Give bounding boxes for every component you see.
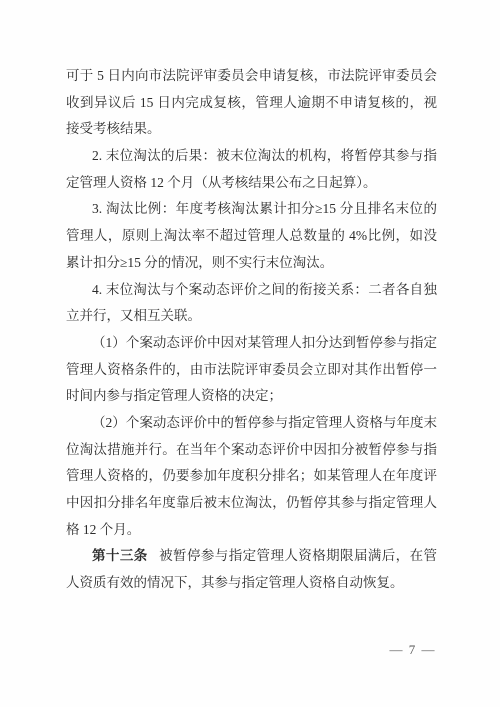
text-line: 2. 末位淘汰的后果：被末位淘汰的机构，将暂停其参与指 bbox=[66, 143, 437, 170]
text-line: 可于 5 日内向市法院评审委员会申请复核，市法院评审委员会在 bbox=[66, 63, 437, 90]
text-line: 管理人资格的，仍要参加年度积分排名；如某管理人在年度评价 bbox=[66, 463, 437, 490]
text-line: 管理人资格条件的，由市法院评审委员会立即对其作出暂停一段 bbox=[66, 357, 437, 384]
text-line: 4. 末位淘汰与个案动态评价之间的衔接关系：二者各自独 bbox=[66, 277, 437, 304]
text-line: 立并行，又相互关联。 bbox=[66, 303, 437, 330]
text-line: 人资质有效的情况下，其参与指定管理人资格自动恢复。 bbox=[66, 570, 437, 597]
text-line: 格 12 个月。 bbox=[66, 517, 437, 544]
text-line: 定管理人资格 12 个月（从考核结果公布之日起算）。 bbox=[66, 170, 437, 197]
text-line: 3. 淘汰比例：年度考核淘汰累计扣分≥15 分且排名末位的 bbox=[66, 196, 437, 223]
text-line: 第十三条被暂停参与指定管理人资格期限届满后，在管理 bbox=[66, 543, 437, 570]
text-line: （2）个案动态评价中的暂停参与指定管理人资格与年度末 bbox=[66, 410, 437, 437]
text-line: （1）个案动态评价中因对某管理人扣分达到暂停参与指定 bbox=[66, 330, 437, 357]
article-number-bold: 第十三条 bbox=[92, 548, 148, 563]
page-number: — 7 — bbox=[390, 642, 437, 658]
text-line: 中因扣分排名年度靠后被末位淘汰，仍暂停其参与指定管理人资 bbox=[66, 490, 437, 517]
document-body-text: 可于 5 日内向市法院评审委员会申请复核，市法院评审委员会在收到异议后 15 日… bbox=[66, 63, 437, 597]
document-page: 可于 5 日内向市法院评审委员会申请复核，市法院评审委员会在收到异议后 15 日… bbox=[0, 0, 500, 707]
text-line: 累计扣分≥15 分的情况，则不实行末位淘汰。 bbox=[66, 250, 437, 277]
text-line: 时间内参与指定管理人资格的决定； bbox=[66, 383, 437, 410]
text-line: 接受考核结果。 bbox=[66, 116, 437, 143]
text-line: 管理人，原则上淘汰率不超过管理人总数量的 4%比例，如没有 bbox=[66, 223, 437, 250]
text-line: 位淘汰措施并行。在当年个案动态评价中因扣分被暂停参与指定 bbox=[66, 437, 437, 464]
text-line: 收到异议后 15 日内完成复核，管理人逾期不申请复核的，视为 bbox=[66, 90, 437, 117]
